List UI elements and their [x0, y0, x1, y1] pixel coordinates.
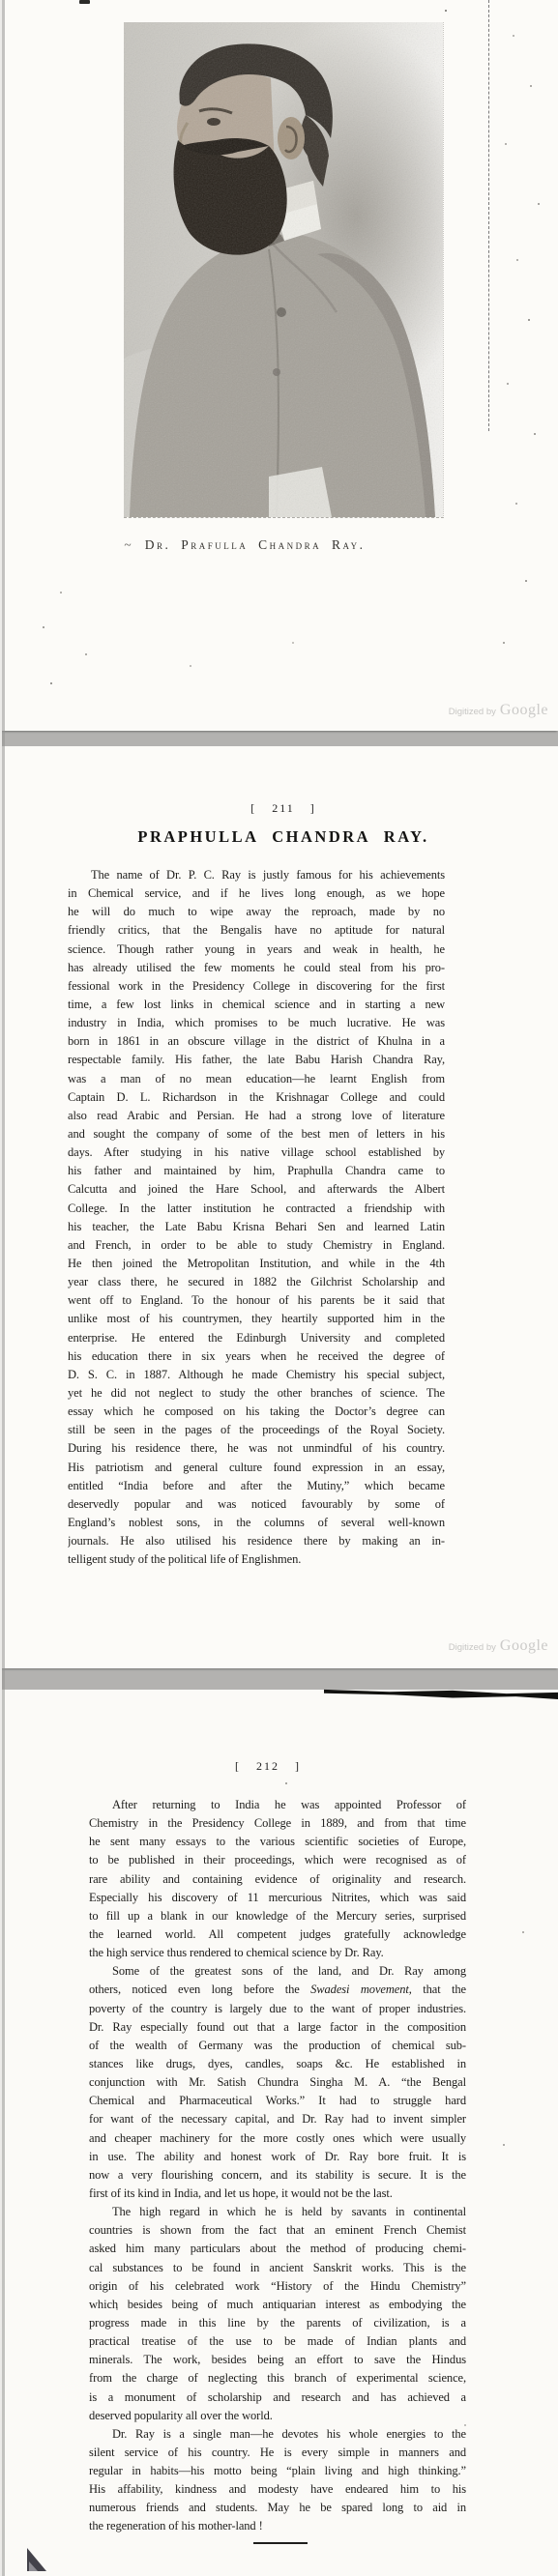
text-line: The high regard in which he is held by s…	[89, 2203, 466, 2221]
corner-fold-artifact-inner	[29, 2562, 38, 2571]
text-line: countries is shown from the fact that an…	[89, 2221, 466, 2240]
text-line: to be published in their proceedings, wh…	[89, 1851, 466, 1869]
text-line: rare ability and containing evidence of …	[89, 1870, 466, 1889]
text-line: Especially his discovery of 11 mercuriou…	[89, 1889, 466, 1907]
text-line: stances like drugs, dyes, candles, soaps…	[89, 2055, 466, 2073]
text-line: asked him many particulars about the met…	[89, 2240, 466, 2258]
text-line: Chemistry in the Presidency College in 1…	[89, 1814, 466, 1833]
text-line: and cheaper machinery for the more costl…	[89, 2129, 466, 2148]
photo-caption: ~Dr. Prafulla Chandra Ray.	[124, 537, 365, 553]
text-line: science. Though rather young in years an…	[68, 941, 445, 959]
text-line: which besides being of much antiquarian …	[89, 2296, 466, 2314]
google-watermark: Digitized byGoogle	[449, 1637, 548, 1655]
end-rule	[253, 2542, 308, 2544]
portrait-illustration	[124, 22, 443, 517]
text-line: essay which he composed on his taking th…	[68, 1403, 445, 1421]
page-number: [ 211 ]	[250, 801, 316, 816]
text-line: Captain D. L. Richardson in the Krishnag…	[68, 1088, 445, 1107]
text-line: his teacher, the Late Babu Krisna Behari…	[68, 1218, 445, 1236]
text-line: poverty of the country is largely due to…	[89, 2000, 466, 2018]
google-logo: Google	[500, 702, 548, 718]
text-line: was a man of no mean education—he learnt…	[68, 1070, 445, 1088]
text-line: cal substances to be found in ancient Sa…	[89, 2259, 466, 2277]
text-line: origin of his celebrated work “History o…	[89, 2277, 466, 2296]
scanned-page-212: [ 212 ] After returning to India he was …	[0, 1690, 558, 2576]
text-line: journals. He also utilised his residence…	[68, 1532, 445, 1550]
text-line: in Chemical service, and if he lives lon…	[68, 884, 445, 903]
text-line: England’s noblest sons, in the columns o…	[68, 1514, 445, 1532]
text-line: fessional work in the Presidency College…	[68, 977, 445, 996]
google-watermark: Digitized byGoogle	[449, 702, 548, 719]
text-line: industry in India, which promises to be …	[68, 1014, 445, 1032]
text-line: has already utilised the few moments he …	[68, 959, 445, 977]
text-line: Dr. Ray especially found out that a larg…	[89, 2018, 466, 2037]
text-line: The name of Dr. P. C. Ray is justly famo…	[68, 866, 445, 884]
text-line: year class there, he secured in 1882 the…	[68, 1273, 445, 1291]
text-line: of the wealth of Germany was the product…	[89, 2037, 466, 2055]
watermark-text: Digitized by	[449, 707, 496, 717]
text-line: After returning to India he was appointe…	[89, 1796, 466, 1814]
text-line: His affability, kindness and modesty hav…	[89, 2480, 466, 2499]
scan-artifact-mark	[79, 0, 90, 4]
text-line: enterprise. He entered the Edinburgh Uni…	[68, 1329, 445, 1347]
text-line: now a very flourishing concern, and its …	[89, 2166, 466, 2185]
text-line: he will do much to wipe away the reproac…	[68, 903, 445, 921]
text-line: he sent many essays to the various scien…	[89, 1833, 466, 1851]
text-line: also read Arabic and Persian. He had a s…	[68, 1107, 445, 1125]
text-line: Dr. Ray is a single man—he devotes his w…	[89, 2425, 466, 2444]
text-line: the learned world. All competent judges …	[89, 1925, 466, 1944]
text-line: friendly critics, that the Bengalis have…	[68, 921, 445, 940]
text-line: Chemical and Pharmaceutical Works.” It h…	[89, 2092, 466, 2110]
scan-left-edge-line	[2, 0, 5, 2576]
text-line: to fill up a blank in our knowledge of t…	[89, 1907, 466, 1925]
text-line: days. After studying in his native villa…	[68, 1143, 445, 1162]
caption-text: Dr. Prafulla Chandra Ray.	[145, 537, 366, 552]
text-line: conjunction with Mr. Satish Chundra Sing…	[89, 2073, 466, 2092]
google-logo: Google	[500, 1637, 548, 1654]
text-line: He then joined the Metropolitan Institut…	[68, 1255, 445, 1273]
text-line: Calcutta and joined the Hare School, and…	[68, 1180, 445, 1199]
page-number: [ 212 ]	[235, 1759, 301, 1774]
text-line: from the charge of neglecting this branc…	[89, 2369, 466, 2388]
portrait-photo	[124, 22, 444, 518]
text-line: D. S. C. in 1887. Although he made Chemi…	[68, 1366, 445, 1384]
page-fold-line	[488, 0, 489, 431]
text-line: the high service thus rendered to chemic…	[89, 1944, 466, 1962]
text-line: His patriotism and general culture found…	[68, 1459, 445, 1477]
text-line: telligent study of the political life of…	[68, 1550, 445, 1569]
text-line: During his residence there, he was not u…	[68, 1439, 445, 1458]
text-line: his education there in six years when he…	[68, 1347, 445, 1366]
scanned-page-211: [ 211 ] PRAPHULLA CHANDRA RAY. The name …	[0, 746, 558, 1668]
text-line: went off to England. To the honour of hi…	[68, 1291, 445, 1310]
text-line: others, noticed even long before the Swa…	[89, 1981, 466, 1999]
text-line: is a monument of scholarship and researc…	[89, 2388, 466, 2407]
text-line: his father and maintained by him, Praphu…	[68, 1162, 445, 1180]
text-line: deserved popularity all over the world.	[89, 2407, 466, 2425]
scanned-book-view: { "watermark": { "text": "Digitized by",…	[0, 0, 558, 2576]
body-text-211: The name of Dr. P. C. Ray is justly famo…	[68, 866, 445, 1569]
text-line: and French, in order to be able to study…	[68, 1236, 445, 1255]
caption-mark: ~	[124, 537, 131, 553]
text-line: in use. The ability and honest work of D…	[89, 2148, 466, 2166]
text-line: silent service of his country. He is eve…	[89, 2444, 466, 2462]
text-line: Some of the greatest sons of the land, a…	[89, 1962, 466, 1981]
text-line: still be seen in the pages of the procee…	[68, 1421, 445, 1439]
text-line: first of its kind in India, and let us h…	[89, 2185, 466, 2203]
text-line: for want of the necessary capital, and D…	[89, 2110, 466, 2128]
text-line: deservedly popular and was noticed favou…	[68, 1495, 445, 1514]
chapter-title: PRAPHULLA CHANDRA RAY.	[137, 827, 428, 847]
text-line: practical treatise of the use to be made…	[89, 2332, 466, 2351]
text-line: time, a few lost links in chemical scien…	[68, 996, 445, 1014]
text-line: born in 1861 in an obscure village in th…	[68, 1032, 445, 1051]
scan-smudge-artifact	[324, 1687, 558, 1699]
text-line: progress made in this line by the parent…	[89, 2314, 466, 2332]
text-line: the regeneration of his mother-land !	[89, 2517, 466, 2535]
text-line: regular in habits—his motto being “plain…	[89, 2462, 466, 2480]
text-line: and sought the company of some of the be…	[68, 1125, 445, 1143]
text-line: respectable family. His father, the late…	[68, 1051, 445, 1069]
text-line: numerous friends and students. May he be…	[89, 2499, 466, 2517]
scanned-page-portrait: ~Dr. Prafulla Chandra Ray. Digitized byG…	[0, 0, 558, 731]
text-line: entitled “India before and after the Mut…	[68, 1477, 445, 1495]
watermark-text: Digitized by	[449, 1642, 496, 1653]
text-line: minerals. The work, besides being an eff…	[89, 2351, 466, 2369]
body-text-212: After returning to India he was appointe…	[89, 1796, 466, 2536]
text-line: unlike most of his countrymen, they hear…	[68, 1310, 445, 1328]
text-line: College. In the latter institution he co…	[68, 1200, 445, 1218]
text-line: yet he did not neglect to study the othe…	[68, 1384, 445, 1403]
